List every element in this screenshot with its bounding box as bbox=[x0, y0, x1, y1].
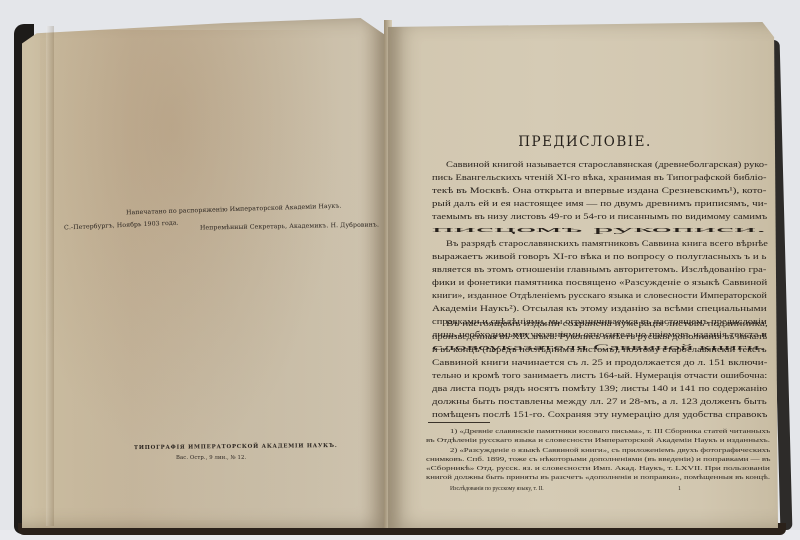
footnote-line: 2) «Разсужденіе о языкѣ Саввиной книги»,… bbox=[450, 447, 770, 454]
page-title: ПРЕДИСЛОВІЕ. bbox=[505, 134, 665, 150]
footnote-line: 1) «Древніе славянскіе памятники юсоваго… bbox=[450, 428, 770, 435]
text-line: фики и фонетики памятника посвящено «Раз… bbox=[432, 277, 767, 287]
footnote-divider bbox=[428, 422, 490, 423]
signature-line: Изслѣдованія по русскому языку, т. II. bbox=[450, 486, 544, 492]
footnote-line: «Сборникѣ» Отд. русск. яз. и словесности… bbox=[426, 465, 770, 472]
left-page-fold bbox=[46, 26, 54, 526]
text-line: книги», изданное Отдѣленіемъ русскаго яз… bbox=[432, 290, 767, 300]
text-line: помѣщенъ послѣ 151-го. Сохраняя эту нуме… bbox=[432, 409, 767, 419]
text-line: Саввиной книгой называется старославянск… bbox=[446, 159, 768, 169]
page-number: 1 bbox=[678, 486, 681, 492]
text-line: Саввиной книги начинается съ л. 25 и про… bbox=[432, 357, 767, 367]
text-line: таемымъ въ низу листовъ 49-го и 54-го и … bbox=[432, 211, 767, 221]
text-line: два листа подъ рядъ носятъ помѣту 139; л… bbox=[432, 383, 767, 393]
text-line: и въ концѣ (передъ послѣднимъ листомъ), … bbox=[432, 344, 767, 354]
text-line: произведенная въ XIX вѣкѣ. Рукопись имѣе… bbox=[432, 331, 767, 341]
printer-address: Вас. Остр., 9 лин., № 12. bbox=[176, 455, 246, 461]
footnote-line: снимковъ. Спб. 1899, тоже съ нѣкоторыми … bbox=[426, 456, 770, 463]
text-line: Академіи Наукъ²). Отсылая къ этому издан… bbox=[432, 303, 767, 313]
text-line: тельно и кромѣ того занимаетъ листъ 164-… bbox=[432, 370, 767, 380]
text-line: текѣ въ Москвѣ. Она открыта и впервые из… bbox=[432, 185, 766, 195]
text-line: должны быть поставлены между лл. 27 и 28… bbox=[432, 396, 767, 406]
text-line: является въ этомъ отношеніи главнымъ авт… bbox=[432, 264, 766, 274]
text-line: пись Евангельскихъ чтеній XI-го вѣка, хр… bbox=[432, 172, 767, 182]
text-line: рый далъ ей и ея настоящее имя — по двум… bbox=[432, 198, 767, 208]
text-line: Въ настоящемъ изданіи сохранена нумераці… bbox=[446, 318, 768, 328]
footnote-line: книгой должны быть приняты въ разсчетъ «… bbox=[426, 474, 770, 481]
left-page bbox=[22, 18, 390, 528]
text-line: выражаетъ живой говоръ XI-го вѣка и по в… bbox=[432, 251, 767, 261]
text-line: Въ разрядѣ старославянскихъ памятниковъ … bbox=[446, 238, 768, 248]
footnote-line: въ Отдѣленіи русскаго языка и словесност… bbox=[426, 437, 770, 444]
text-line: писцомъ рукописи. bbox=[432, 224, 767, 234]
